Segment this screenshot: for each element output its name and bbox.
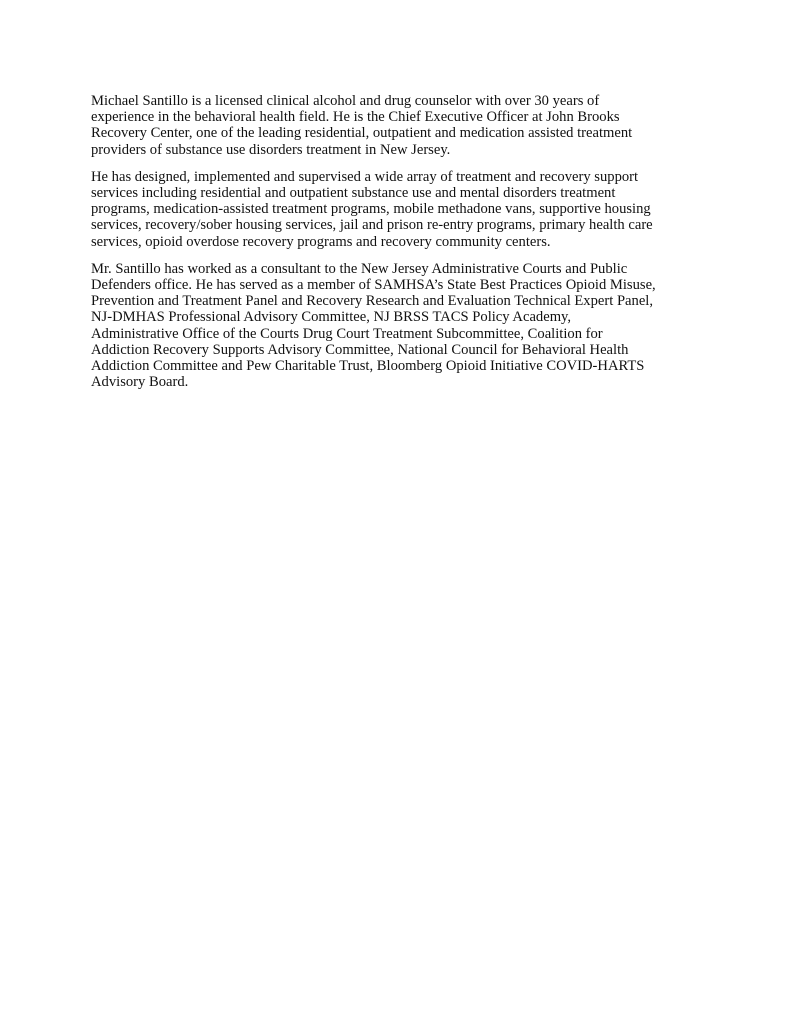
- text-line: Defenders office. He has served as a mem…: [91, 277, 731, 293]
- text-line: Prevention and Treatment Panel and Recov…: [91, 293, 731, 309]
- text-line: He has designed, implemented and supervi…: [91, 169, 731, 185]
- text-line: Addiction Recovery Supports Advisory Com…: [91, 342, 731, 358]
- text-line: NJ-DMHAS Professional Advisory Committee…: [91, 309, 731, 325]
- document-page: Michael Santillo is a licensed clinical …: [0, 0, 791, 1024]
- paragraph-affiliations: Mr. Santillo has worked as a consultant …: [91, 261, 731, 391]
- text-line: Administrative Office of the Courts Drug…: [91, 326, 731, 342]
- document-body: Michael Santillo is a licensed clinical …: [91, 93, 731, 401]
- text-line: services, opioid overdose recovery progr…: [91, 234, 731, 250]
- text-line: Advisory Board.: [91, 374, 731, 390]
- paragraph-programs: He has designed, implemented and supervi…: [91, 169, 731, 250]
- paragraph-intro: Michael Santillo is a licensed clinical …: [91, 93, 731, 158]
- text-line: services, recovery/sober housing service…: [91, 217, 731, 233]
- text-line: programs, medication-assisted treatment …: [91, 201, 731, 217]
- text-line: providers of substance use disorders tre…: [91, 142, 731, 158]
- text-line: experience in the behavioral health fiel…: [91, 109, 731, 125]
- text-line: Mr. Santillo has worked as a consultant …: [91, 261, 731, 277]
- text-line: services including residential and outpa…: [91, 185, 731, 201]
- text-line: Addiction Committee and Pew Charitable T…: [91, 358, 731, 374]
- text-line: Recovery Center, one of the leading resi…: [91, 125, 731, 141]
- text-line: Michael Santillo is a licensed clinical …: [91, 93, 731, 109]
